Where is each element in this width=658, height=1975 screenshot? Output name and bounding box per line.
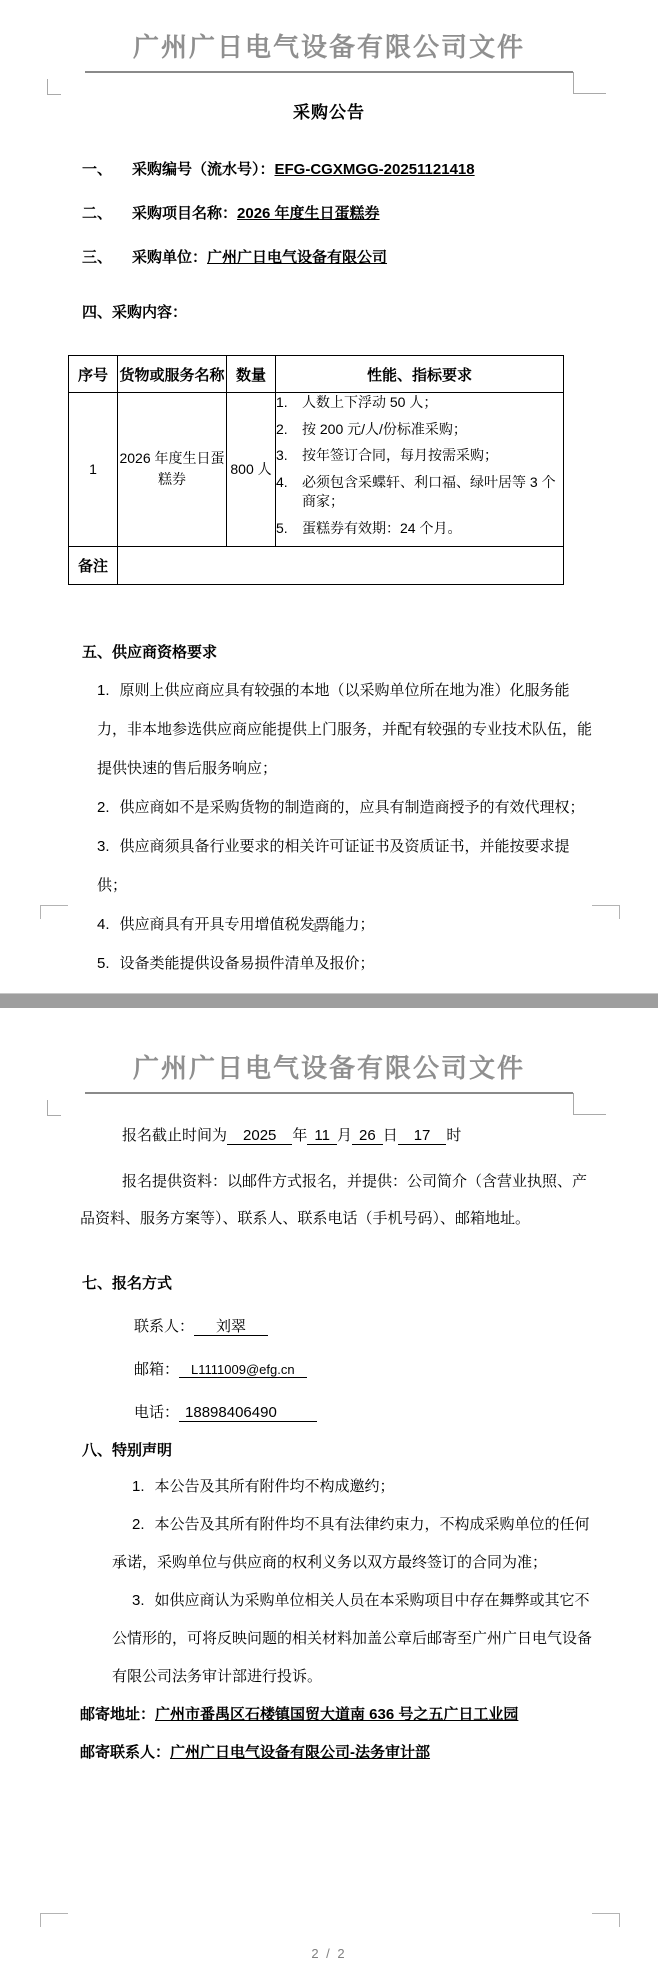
table-row: 1 2026 年度生日蛋糕券 800 人 1. 人数上下浮动 50 人； 2. … <box>69 393 564 547</box>
spec-item: 5. 蛋糕券有效期：24 个月。 <box>276 519 563 539</box>
section-8-heading: 八、特别声明 <box>82 1439 596 1460</box>
page-number: 2 / 2 <box>0 1946 658 1961</box>
field-purchase-number: 一、采购编号（流水号）：EFG-CGXMGG-20251121418 <box>82 158 596 179</box>
spec-index: 4. <box>276 473 302 512</box>
deadline-month-unit: 月 <box>337 1127 352 1144</box>
spec-item: 4. 必须包含采蝶轩、利口福、绿叶居等 3 个商家； <box>276 473 563 512</box>
item-index: 1. <box>132 1478 145 1495</box>
text-boundary-mark <box>573 1093 606 1115</box>
company-letterhead-title: 广州广日电气设备有限公司文件 <box>0 0 658 64</box>
mailing-address-line: 邮寄地址：广州市番禺区石楼镇国贸大道南 636 号之五广日工业园 <box>80 1696 596 1734</box>
deadline-prefix: 报名截止时间为 <box>122 1127 227 1144</box>
page1-content: 一、采购编号（流水号）：EFG-CGXMGG-20251121418 二、采购项… <box>0 158 658 993</box>
phone-value: 18898406490 <box>179 1404 317 1422</box>
item-index: 1. <box>97 682 110 699</box>
special-declaration-list: 1.本公告及其所有附件均不构成邀约； 2.本公告及其所有附件均不具有法律约束力，… <box>68 1468 596 1696</box>
text-boundary-mark <box>592 905 620 919</box>
phone-label: 电话： <box>134 1404 179 1421</box>
spec-text: 必须包含采蝶轩、利口福、绿叶居等 3 个商家； <box>302 473 563 512</box>
page-separator <box>0 993 658 1008</box>
field-purchasing-unit: 三、采购单位：广州广日电气设备有限公司 <box>82 246 596 267</box>
column-header-no: 序号 <box>69 356 118 393</box>
spec-text: 按年签订合同，每月按需采购； <box>302 446 563 466</box>
item-text: 本公告及其所有附件均不构成邀约； <box>155 1478 395 1495</box>
item-text: 供应商须具备行业要求的相关许可证证书及资质证书，并能按要求提供； <box>97 838 570 894</box>
field-label: 采购编号（流水号）： <box>132 161 275 178</box>
spec-item: 2. 按 200 元/人/份标准采购； <box>276 420 563 440</box>
list-item: 1.原则上供应商应具有较强的本地（以采购单位所在地为准）化服务能力，非本地参选供… <box>97 671 596 788</box>
spec-text: 按 200 元/人/份标准采购； <box>302 420 563 440</box>
spec-item: 3. 按年签订合同，每月按需采购； <box>276 446 563 466</box>
item-index: 3. <box>97 838 110 855</box>
mailing-contact-line: 邮寄联系人：广州广日电气设备有限公司-法务审计部 <box>80 1734 596 1772</box>
item-text: 设备类能提供设备易损件清单及报价； <box>120 955 375 972</box>
item-text: 原则上供应商应具有较强的本地（以采购单位所在地为准）化服务能力，非本地参选供应商… <box>97 682 592 777</box>
mail-contact-value: 广州广日电气设备有限公司-法务审计部 <box>170 1744 430 1761</box>
list-item: 1.本公告及其所有附件均不构成邀约； <box>112 1468 596 1506</box>
item-text: 本公告及其所有附件均不具有法律约束力，不构成采购单位的任何承诺，采购单位与供应商… <box>112 1516 590 1571</box>
spec-index: 3. <box>276 446 302 466</box>
document-page-1: 广州广日电气设备有限公司文件 采购公告 一、采购编号（流水号）：EFG-CGXM… <box>0 0 658 993</box>
page2-content: 报名截止时间为2025年11月26日17时 报名提供资料：以邮件方式报名，并提供… <box>0 1125 658 1772</box>
cell-quantity: 800 人 <box>227 393 276 547</box>
field-value: 2026 年度生日蛋糕券 <box>237 205 380 222</box>
deadline-year-unit: 年 <box>292 1127 307 1144</box>
column-header-name: 货物或服务名称 <box>118 356 227 393</box>
field-index: 一、 <box>82 158 132 179</box>
letterhead-rule <box>85 71 573 73</box>
deadline-year: 2025 <box>227 1127 292 1145</box>
list-item: 3.供应商须具备行业要求的相关许可证证书及资质证书，并能按要求提供； <box>97 827 596 905</box>
field-list: 一、采购编号（流水号）：EFG-CGXMGG-20251121418 二、采购项… <box>68 158 596 267</box>
field-label: 采购项目名称： <box>132 205 237 222</box>
mail-address-label: 邮寄地址： <box>80 1706 155 1723</box>
cell-specifications: 1. 人数上下浮动 50 人； 2. 按 200 元/人/份标准采购； 3. 按… <box>276 393 564 547</box>
materials-paragraph: 报名提供资料：以邮件方式报名，并提供：公司简介（含营业执照、产品资料、服务方案等… <box>80 1163 596 1237</box>
page-number: 1 / 2 <box>0 920 658 935</box>
section-4-heading: 四、采购内容： <box>82 301 596 322</box>
cell-item-name: 2026 年度生日蛋糕券 <box>118 393 227 547</box>
item-index: 5. <box>97 955 110 972</box>
field-value: EFG-CGXMGG-20251121418 <box>275 161 475 178</box>
text-boundary-mark <box>573 72 606 94</box>
letterhead-rule <box>85 1092 573 1094</box>
cell-row-no: 1 <box>69 393 118 547</box>
mail-address-value: 广州市番禺区石楼镇国贸大道南 636 号之五广日工业园 <box>155 1706 518 1723</box>
deadline-day: 26 <box>352 1127 383 1145</box>
deadline-hour: 17 <box>398 1127 447 1145</box>
contact-value: 刘翠 <box>194 1318 268 1336</box>
item-index: 3. <box>132 1592 145 1609</box>
text-boundary-mark <box>47 79 61 95</box>
section-5-heading: 五、供应商资格要求 <box>82 641 596 662</box>
deadline-day-unit: 日 <box>383 1127 398 1144</box>
email-label: 邮箱： <box>134 1361 179 1378</box>
list-item: 3.如供应商认为采购单位相关人员在本采购项目中存在舞弊或其它不公情形的，可将反映… <box>112 1582 596 1696</box>
list-item: 2.供应商如不是采购货物的制造商的，应具有制造商授予的有效代理权； <box>97 788 596 827</box>
field-label: 采购单位： <box>132 249 207 266</box>
table-remark-row: 备注 <box>69 546 564 584</box>
item-text: 供应商如不是采购货物的制造商的，应具有制造商授予的有效代理权； <box>120 799 585 816</box>
email-value: L1111009@efg.cn <box>179 1362 307 1378</box>
mail-contact-label: 邮寄联系人： <box>80 1744 170 1761</box>
spec-item: 1. 人数上下浮动 50 人； <box>276 393 563 413</box>
purchase-content-table: 序号 货物或服务名称 数量 性能、指标要求 1 2026 年度生日蛋糕券 800… <box>68 355 564 585</box>
item-text: 如供应商认为采购单位相关人员在本采购项目中存在舞弊或其它不公情形的，可将反映问题… <box>112 1592 592 1685</box>
list-item: 2.本公告及其所有附件均不具有法律约束力，不构成采购单位的任何承诺，采购单位与供… <box>112 1506 596 1582</box>
spec-index: 2. <box>276 420 302 440</box>
field-index: 二、 <box>82 202 132 223</box>
contact-label: 联系人： <box>134 1318 194 1335</box>
spec-index: 1. <box>276 393 302 413</box>
page-title: 采购公告 <box>0 98 658 123</box>
text-boundary-mark <box>40 1913 68 1927</box>
section-7-heading: 七、报名方式 <box>82 1272 596 1293</box>
table-header-row: 序号 货物或服务名称 数量 性能、指标要求 <box>69 356 564 393</box>
text-boundary-mark <box>40 905 68 919</box>
cell-remark-label: 备注 <box>69 546 118 584</box>
cell-remark-value <box>118 546 564 584</box>
column-header-spec: 性能、指标要求 <box>276 356 564 393</box>
deadline-month: 11 <box>307 1127 337 1145</box>
text-boundary-mark <box>592 1913 620 1927</box>
company-letterhead-title: 广州广日电气设备有限公司文件 <box>0 1008 658 1085</box>
contact-email-line: 邮箱：L1111009@efg.cn <box>134 1358 596 1379</box>
spec-text: 人数上下浮动 50 人； <box>302 393 563 413</box>
spec-index: 5. <box>276 519 302 539</box>
contact-phone-line: 电话：18898406490 <box>134 1401 596 1422</box>
item-index: 2. <box>97 799 110 816</box>
field-index: 三、 <box>82 246 132 267</box>
deadline-paragraph: 报名截止时间为2025年11月26日17时 <box>80 1125 596 1147</box>
text-boundary-mark <box>47 1100 61 1116</box>
field-value: 广州广日电气设备有限公司 <box>207 249 387 266</box>
list-item: 5.设备类能提供设备易损件清单及报价； <box>97 944 596 983</box>
field-project-name: 二、采购项目名称：2026 年度生日蛋糕券 <box>82 202 596 223</box>
supplier-requirements-list: 1.原则上供应商应具有较强的本地（以采购单位所在地为准）化服务能力，非本地参选供… <box>97 671 596 983</box>
spec-text: 蛋糕券有效期：24 个月。 <box>302 519 563 539</box>
document-page-2: 广州广日电气设备有限公司文件 报名截止时间为2025年11月26日17时 报名提… <box>0 1008 658 1975</box>
column-header-qty: 数量 <box>227 356 276 393</box>
deadline-hour-unit: 时 <box>446 1127 461 1144</box>
item-index: 2. <box>132 1516 145 1533</box>
contact-person-line: 联系人：刘翠 <box>134 1315 596 1336</box>
